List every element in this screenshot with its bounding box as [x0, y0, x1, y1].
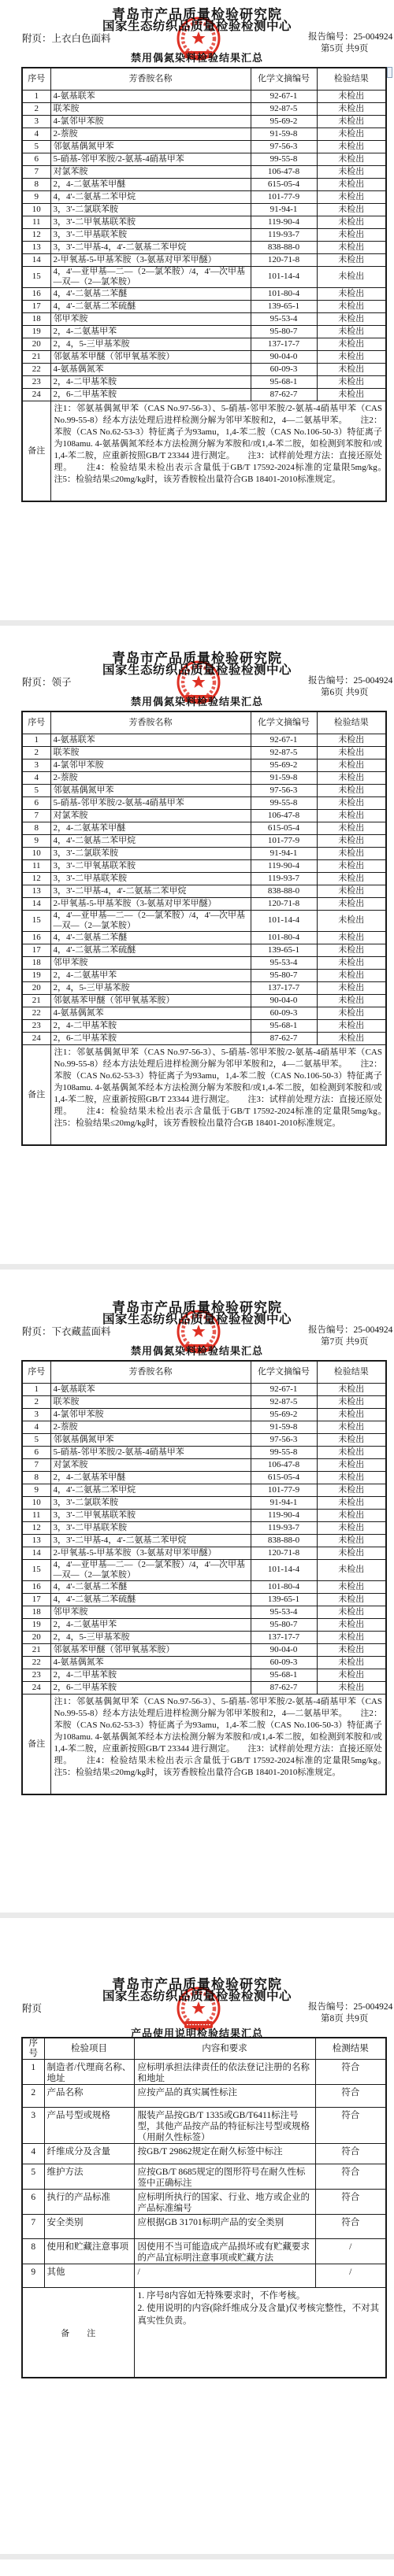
table-cell: 615-05-4: [251, 822, 317, 834]
table-cell: 9: [22, 190, 50, 203]
table-row: 42-萘胺91-59-8未检出: [22, 1421, 386, 1433]
table-cell: 2-甲氧基-5-甲基苯胺（3-氨基对甲苯甲醚）: [50, 253, 251, 266]
results-table: 序号芳香胺名称化学文摘编号检验结果 14-氨基联苯92-67-1未检出2联苯胺9…: [21, 1360, 387, 1795]
table-cell: 未检出: [317, 910, 386, 931]
table-cell: 未检出: [317, 338, 386, 350]
table-cell: 15: [22, 266, 50, 287]
table-cell: 2: [22, 2085, 44, 2108]
table-cell: 101-14-4: [251, 266, 317, 287]
table-cell: 未检出: [317, 350, 386, 363]
table-cell: 3，3'-二甲氧基联苯胺: [50, 1509, 251, 1521]
table-cell: 5-硝基-邻甲苯胺/2-氨基-4硝基甲苯: [50, 796, 251, 809]
table-cell: 10: [22, 847, 50, 859]
table-cell: 101-14-4: [251, 910, 317, 931]
table-cell: 4，4'-二氨基二苯醚: [50, 1580, 251, 1593]
report-number: 报告编号：25-004924: [308, 1323, 392, 1336]
table-cell: 5: [22, 784, 50, 796]
table-cell: 未检出: [317, 1471, 386, 1484]
attachment-line: 附页：领子: [22, 674, 72, 689]
table-cell: 106-47-8: [251, 165, 317, 178]
report-number: 报告编号：25-004924: [308, 674, 392, 686]
table-cell: 2，4-二甲基苯胺: [50, 1019, 251, 1032]
report-page: 青岛市产品质量检验研究院 国家生态纺织品质量检验检测中心 附页：领子 报告编号：…: [0, 626, 394, 1264]
table-cell: 符合: [315, 2190, 386, 2215]
annotation-marker[interactable]: [387, 67, 392, 78]
table-cell: 符合: [315, 2215, 386, 2239]
attachment-label: 附页: [22, 2003, 42, 2014]
table-cell: 4，4'-二氨基二苯甲烷: [50, 1484, 251, 1496]
table-row: 7对氯苯胺106-47-8未检出: [22, 1458, 386, 1471]
table-cell: 22: [22, 363, 50, 375]
table-row: 2联苯胺92-87-5未检出: [22, 102, 386, 115]
table-cell: 4-氯邻甲苯胺: [50, 1408, 251, 1421]
table-cell: 60-09-3: [251, 1007, 317, 1019]
table-row: 94，4'-二氨基二苯甲烷101-77-9未检出: [22, 1484, 386, 1496]
table-cell: 3，3'-二甲基-4，4'-二氨基二苯甲烷: [50, 885, 251, 897]
table-cell: 12: [22, 1521, 50, 1534]
table-cell: 7: [22, 809, 50, 822]
table-cell: 119-93-7: [251, 228, 317, 241]
table-cell: 95-53-4: [251, 312, 317, 325]
table-cell: 未检出: [317, 325, 386, 338]
table-cell: 1: [22, 734, 50, 746]
table-cell: 邻甲苯胺: [50, 1606, 251, 1618]
attachment-label: 附页：: [22, 677, 52, 688]
table-cell: 119-90-4: [251, 859, 317, 872]
table-cell: 未检出: [317, 1383, 386, 1395]
table-cell: 91-59-8: [251, 1421, 317, 1433]
table-cell: 对氯苯胺: [50, 165, 251, 178]
table-cell: 未检出: [317, 1580, 386, 1593]
table-cell: 未检出: [317, 1408, 386, 1421]
table-cell: 未检出: [317, 1421, 386, 1433]
table-cell: 2，4-二氨基甲苯: [50, 1618, 251, 1631]
table-cell: 17: [22, 1593, 50, 1606]
table-cell: 615-05-4: [251, 1471, 317, 1484]
table-cell: 4，4'—亚甲基—二—（2—氯苯胺）/4，4'—次甲基—双—（2—氯苯胺）: [50, 266, 251, 287]
table-cell: 120-71-8: [251, 253, 317, 266]
table-cell: 未检出: [317, 140, 386, 153]
table-cell: 其他: [44, 2264, 134, 2288]
table-row: 7对氯苯胺106-47-8未检出: [22, 809, 386, 822]
table-cell: 产品号型或规格: [44, 2108, 134, 2144]
table-cell: 10: [22, 203, 50, 216]
table-cell: 未检出: [317, 287, 386, 300]
table-row: 224-氨基偶氮苯60-09-3未检出: [22, 363, 386, 375]
table-cell: 4-氨基偶氮苯: [50, 363, 251, 375]
table-row: 133，3'-二甲基-4，4'-二氨基二苯甲烷838-88-0未检出: [22, 241, 386, 253]
table-cell: 未检出: [317, 847, 386, 859]
table-cell: 3: [22, 1408, 50, 1421]
table-cell: 未检出: [317, 1496, 386, 1509]
table-cell: 17: [22, 300, 50, 312]
report-number-value: 25-004924: [354, 1325, 393, 1335]
table-cell: 3，3'-二氯联苯胺: [50, 1496, 251, 1509]
table-cell: 3，3'-二甲基-4，4'-二氨基二苯甲烷: [50, 241, 251, 253]
table-cell: 未检出: [317, 834, 386, 847]
table-row: 18邻甲苯胺95-53-4未检出: [22, 1606, 386, 1618]
table-cell: 符合: [315, 2144, 386, 2164]
table-row: 133，3'-二甲基-4，4'-二氨基二苯甲烷838-88-0未检出: [22, 1534, 386, 1547]
table-cell: 4，4'-二氨基二苯甲烷: [50, 834, 251, 847]
table-cell: 6: [22, 153, 50, 165]
table-cell: 14: [22, 253, 50, 266]
table-cell: 8: [22, 2239, 44, 2264]
table-cell: 联苯胺: [50, 1395, 251, 1408]
table-row: 164，4'-二氨基二苯醚101-80-4未检出: [22, 931, 386, 944]
table-row: 242，6-二甲基苯胺87-62-7未检出: [22, 388, 386, 401]
table-cell: 未检出: [317, 216, 386, 228]
table-cell: 2-萘胺: [50, 128, 251, 140]
table-cell: 137-17-7: [251, 981, 317, 994]
table-cell: 联苯胺: [50, 746, 251, 759]
column-header: 化学文摘编号: [251, 1361, 317, 1383]
table-row: 21邻氨基苯甲醚（邻甲氧基苯胺）90-04-0未检出: [22, 1643, 386, 1656]
table-row: 3产品号型或规格服装产品按GB/T 1335或GB/T6411标注号型，其他产品…: [22, 2108, 386, 2144]
table-cell: 产品名称: [44, 2085, 134, 2108]
table-cell: 符合: [315, 2060, 386, 2085]
table-cell: 未检出: [317, 796, 386, 809]
page-separator: [0, 2554, 394, 2559]
page-separator: [0, 1913, 394, 1918]
table-cell: 91-94-1: [251, 847, 317, 859]
report-number: 报告编号：25-004924: [308, 2000, 392, 2012]
table-cell: 6: [22, 796, 50, 809]
table-cell: 未检出: [317, 822, 386, 834]
table-cell: 4，4'-二氨基二苯甲烷: [50, 190, 251, 203]
table-cell: 13: [22, 1534, 50, 1547]
table-cell: 87-62-7: [251, 1681, 317, 1694]
table-cell: 未检出: [317, 1007, 386, 1019]
column-header: 芳香胺名称: [50, 711, 251, 734]
table-cell: 119-90-4: [251, 1509, 317, 1521]
table-cell: 95-53-4: [251, 956, 317, 969]
table-cell: 21: [22, 1643, 50, 1656]
table-cell: 2-萘胺: [50, 771, 251, 784]
table-row: 65-硝基-邻甲苯胺/2-氨基-4硝基甲苯99-55-8未检出: [22, 796, 386, 809]
table-row: 174，4'-二氨基二苯硫醚139-65-1未检出: [22, 300, 386, 312]
table-row: 5邻氨基偶氮甲苯97-56-3未检出: [22, 1433, 386, 1446]
table-cell: 120-71-8: [251, 897, 317, 910]
report-number-label: 报告编号：: [308, 32, 354, 42]
table-cell: 符合: [315, 2108, 386, 2144]
table-cell: 17: [22, 944, 50, 956]
table-cell: 95-69-2: [251, 759, 317, 771]
table-row: 42-萘胺91-59-8未检出: [22, 128, 386, 140]
table-cell: 未检出: [317, 241, 386, 253]
table-row: 5邻氨基偶氮甲苯97-56-3未检出: [22, 140, 386, 153]
table-row: 192，4-二氨基甲苯95-80-7未检出: [22, 1618, 386, 1631]
table-cell: 8: [22, 1471, 50, 1484]
table-cell: 119-90-4: [251, 216, 317, 228]
table-cell: 20: [22, 338, 50, 350]
attachment-label: 附页：: [22, 33, 52, 44]
table-row: 65-硝基-邻甲苯胺/2-氨基-4硝基甲苯99-55-8未检出: [22, 153, 386, 165]
table-cell: 3，3'-二甲基联苯胺: [50, 872, 251, 885]
table-cell: 12: [22, 228, 50, 241]
table-cell: 未检出: [317, 1509, 386, 1521]
table-cell: 20: [22, 981, 50, 994]
table-cell: 未检出: [317, 1547, 386, 1559]
table-row: 14-氨基联苯92-67-1未检出: [22, 1383, 386, 1395]
table-cell: 4-氨基联苯: [50, 90, 251, 102]
table-cell: 91-94-1: [251, 1496, 317, 1509]
column-header: 芳香胺名称: [50, 68, 251, 90]
table-cell: 7: [22, 165, 50, 178]
column-header: 检验项目: [44, 2038, 134, 2060]
notes-line: 2. 使用说明的内容(除纤维成分及含量)仅考核完整性，不对其真实性负责。: [138, 2302, 383, 2327]
table-cell: 安全类别: [44, 2215, 134, 2239]
table-cell: 1: [22, 2060, 44, 2085]
table-cell: 使用和贮藏注意事项: [44, 2239, 134, 2264]
table-cell: 24: [22, 1681, 50, 1694]
table-cell: 95-80-7: [251, 325, 317, 338]
table-cell: 120-71-8: [251, 1547, 317, 1559]
table-cell: 137-17-7: [251, 1631, 317, 1643]
table-row: 21邻氨基苯甲醚（邻甲氧基苯胺）90-04-0未检出: [22, 350, 386, 363]
table-cell: 未检出: [317, 1618, 386, 1631]
table-cell: 14: [22, 897, 50, 910]
table-row: 34-氯邻甲苯胺95-69-2未检出: [22, 1408, 386, 1421]
table-cell: 未检出: [317, 115, 386, 128]
table-cell: 101-80-4: [251, 287, 317, 300]
table-cell: 未检出: [317, 981, 386, 994]
column-header: 化学文摘编号: [251, 68, 317, 90]
table-cell: 未检出: [317, 203, 386, 216]
notes-text: 注1：邻氨基偶氮甲苯（CAS No.97-56-3）、5-硝基-邻甲苯胺/2-氨…: [50, 1044, 386, 1145]
table-row: 224-氨基偶氮苯60-09-3未检出: [22, 1007, 386, 1019]
table-cell: 4: [22, 128, 50, 140]
notes-label: 备注: [22, 401, 50, 501]
table-cell: 99-55-8: [251, 796, 317, 809]
table-row: 82，4-二氨基苯甲醚615-05-4未检出: [22, 178, 386, 190]
table-cell: 87-62-7: [251, 1032, 317, 1044]
column-header: 检测结果: [315, 2038, 386, 2060]
table-cell: 未检出: [317, 746, 386, 759]
table-row: 103，3'-二氯联苯胺91-94-1未检出: [22, 1496, 386, 1509]
table-cell: 12: [22, 872, 50, 885]
table-cell: 4，4'-二氨基二苯硫醚: [50, 1593, 251, 1606]
report-document: 青岛市产品质量检验研究院 国家生态纺织品质量检验检测中心 附页：上衣白色面料 报…: [0, 0, 394, 2576]
column-header: 芳香胺名称: [50, 1361, 251, 1383]
table-cell: 4，4'-二氨基二苯硫醚: [50, 300, 251, 312]
table-cell: 15: [22, 910, 50, 931]
table-cell: 未检出: [317, 253, 386, 266]
table-cell: 未检出: [317, 771, 386, 784]
table-cell: 对氯苯胺: [50, 1458, 251, 1471]
table-cell: 4: [22, 2144, 44, 2164]
table-header-row: 序号芳香胺名称化学文摘编号检验结果: [22, 68, 386, 90]
table-row: 5邻氨基偶氮甲苯97-56-3未检出: [22, 784, 386, 796]
table-cell: 95-69-2: [251, 115, 317, 128]
table-cell: 未检出: [317, 809, 386, 822]
notes-row: 备注注1：邻氨基偶氮甲苯（CAS No.97-56-3）、5-硝基-邻甲苯胺/2…: [22, 401, 386, 501]
table-row: 42-萘胺91-59-8未检出: [22, 771, 386, 784]
table-cell: 2: [22, 746, 50, 759]
table-cell: 未检出: [317, 859, 386, 872]
table-cell: 邻氨基苯甲醚（邻甲氧基苯胺）: [50, 994, 251, 1007]
table-row: 5维护方法应按GB/T 8685规定的图形符号在耐久性标签中正确标注符合: [22, 2164, 386, 2190]
table-cell: 2: [22, 1395, 50, 1408]
table-cell: 97-56-3: [251, 784, 317, 796]
table-cell: 92-67-1: [251, 90, 317, 102]
table-cell: 19: [22, 325, 50, 338]
table-row: 1制造者/代理商名称、地址应标明承担法律责任的依法登记注册的名称和地址符合: [22, 2060, 386, 2085]
table-cell: 邻氨基苯甲醚（邻甲氧基苯胺）: [50, 1643, 251, 1656]
page-separator: [0, 620, 394, 626]
table-cell: 95-69-2: [251, 1408, 317, 1421]
table-row: 4纤维成分及含量按GB/T 29862规定在耐久标签中标注符合: [22, 2144, 386, 2164]
table-row: 9其他//: [22, 2264, 386, 2288]
sample-name: 领子: [52, 677, 72, 688]
table-row: 123，3'-二甲基联苯胺119-93-7未检出: [22, 1521, 386, 1534]
table-row: 34-氯邻甲苯胺95-69-2未检出: [22, 759, 386, 771]
table-cell: 未检出: [317, 1032, 386, 1044]
table-cell: 13: [22, 241, 50, 253]
table-row: 133，3'-二甲基-4，4'-二氨基二苯甲烷838-88-0未检出: [22, 885, 386, 897]
table-cell: 因使用不当可能造成产品损坏或有贮藏要求的产品宜标明注意事项或贮藏方法: [134, 2239, 315, 2264]
table-cell: 99-55-8: [251, 1446, 317, 1458]
report-number-value: 25-004924: [354, 2002, 393, 2012]
attachment-line: 附页：下衣藏蓝面料: [22, 1324, 111, 1338]
table-cell: 13: [22, 885, 50, 897]
table-cell: 未检出: [317, 1656, 386, 1669]
table-cell: 未检出: [317, 872, 386, 885]
table-cell: 4-氯邻甲苯胺: [50, 759, 251, 771]
table-cell: /: [315, 2239, 386, 2264]
table-cell: 2，4-二氨基甲苯: [50, 969, 251, 981]
attachment-label: 附页：: [22, 1326, 52, 1337]
table-cell: 邻氨基偶氮甲苯: [50, 784, 251, 796]
table-cell: 未检出: [317, 969, 386, 981]
notes-row: 备注注1：邻氨基偶氮甲苯（CAS No.97-56-3）、5-硝基-邻甲苯胺/2…: [22, 1044, 386, 1145]
table-cell: 90-04-0: [251, 1643, 317, 1656]
table-row: 7对氯苯胺106-47-8未检出: [22, 165, 386, 178]
table-cell: 符合: [315, 2085, 386, 2108]
table-cell: 139-65-1: [251, 300, 317, 312]
table-cell: 2，4-二氨基甲苯: [50, 325, 251, 338]
table-cell: 10: [22, 1496, 50, 1509]
table-cell: 邻氨基偶氮甲苯: [50, 140, 251, 153]
table-cell: 3，3'-二甲氧基联苯胺: [50, 859, 251, 872]
table-row: 113，3'-二甲氧基联苯胺119-90-4未检出: [22, 1509, 386, 1521]
table-cell: 838-88-0: [251, 885, 317, 897]
table-cell: 90-04-0: [251, 350, 317, 363]
table-cell: 未检出: [317, 956, 386, 969]
notes-text: 1. 序号8内容如无特殊要求时，不作考核。2. 使用说明的内容(除纤维成分及含量…: [134, 2288, 386, 2378]
report-page: 青岛市产品质量检验研究院 国家生态纺织品质量检验检测中心 附页：上衣白色面料 报…: [0, 0, 394, 620]
table-cell: 未检出: [317, 1019, 386, 1032]
table-cell: 6: [22, 1446, 50, 1458]
notes-label: 备 注: [22, 2288, 134, 2378]
table-cell: 联苯胺: [50, 102, 251, 115]
table-cell: 未检出: [317, 102, 386, 115]
table-cell: 19: [22, 969, 50, 981]
table-cell: 未检出: [317, 190, 386, 203]
attachment-line: 附页：上衣白色面料: [22, 31, 111, 45]
column-header: 化学文摘编号: [251, 711, 317, 734]
table-cell: 应标明所执行的国家、行业、地方或企业的产品标准编号: [134, 2190, 315, 2215]
table-cell: 2-甲氧基-5-甲基苯胺（3-氨基对甲苯甲醚）: [50, 1547, 251, 1559]
table-row: 18邻甲苯胺95-53-4未检出: [22, 312, 386, 325]
table-cell: 4: [22, 1421, 50, 1433]
table-cell: 4，4'—亚甲基—二—（2—氯苯胺）/4，4'—次甲基—双—（2—氯苯胺）: [50, 1559, 251, 1580]
table-cell: 对氯苯胺: [50, 809, 251, 822]
table-cell: 2，4，5-三甲基苯胺: [50, 338, 251, 350]
table-cell: 未检出: [317, 885, 386, 897]
table-cell: 119-93-7: [251, 872, 317, 885]
table-row: 164，4'-二氨基二苯醚101-80-4未检出: [22, 1580, 386, 1593]
table-row: 154，4'—亚甲基—二—（2—氯苯胺）/4，4'—次甲基—双—（2—氯苯胺）1…: [22, 910, 386, 931]
table-cell: 16: [22, 287, 50, 300]
table-cell: 95-80-7: [251, 969, 317, 981]
table-cell: 8: [22, 822, 50, 834]
table-row: 103，3'-二氯联苯胺91-94-1未检出: [22, 847, 386, 859]
table-row: 18邻甲苯胺95-53-4未检出: [22, 956, 386, 969]
table-cell: 95-80-7: [251, 1618, 317, 1631]
table-cell: 95-68-1: [251, 1019, 317, 1032]
table-cell: 60-09-3: [251, 1656, 317, 1669]
table-cell: 139-65-1: [251, 1593, 317, 1606]
table-cell: 90-04-0: [251, 994, 317, 1007]
table-cell: 5: [22, 1433, 50, 1446]
table-cell: 未检出: [317, 734, 386, 746]
table-cell: 23: [22, 1019, 50, 1032]
table-cell: 未检出: [317, 1681, 386, 1694]
table-row: 202，4，5-三甲基苯胺137-17-7未检出: [22, 338, 386, 350]
table-row: 14-氨基联苯92-67-1未检出: [22, 90, 386, 102]
table-cell: 22: [22, 1007, 50, 1019]
page-number: 第8页 共9页: [321, 2012, 368, 2024]
table-cell: 服装产品按GB/T 1335或GB/T6411标注号型，其他产品按产品的特征标注…: [134, 2108, 315, 2144]
table-cell: 5: [22, 140, 50, 153]
table-cell: 符合: [315, 2164, 386, 2190]
report-number-label: 报告编号：: [308, 2002, 354, 2012]
sample-name: 上衣白色面料: [52, 33, 111, 44]
table-cell: 3，3'-二甲基联苯胺: [50, 1521, 251, 1534]
table-cell: 23: [22, 1669, 50, 1681]
table-cell: 9: [22, 1484, 50, 1496]
table-cell: 4，4'-二氨基二苯醚: [50, 931, 251, 944]
table-cell: 未检出: [317, 994, 386, 1007]
notes-row: 备 注1. 序号8内容如无特殊要求时，不作考核。2. 使用说明的内容(除纤维成分…: [22, 2288, 386, 2378]
table-cell: 95-53-4: [251, 1606, 317, 1618]
table-cell: 23: [22, 375, 50, 388]
table-cell: 2，4，5-三甲基苯胺: [50, 981, 251, 994]
table-cell: 4: [22, 771, 50, 784]
report-number-value: 25-004924: [354, 32, 393, 42]
table-cell: 106-47-8: [251, 1458, 317, 1471]
table-cell: 24: [22, 1032, 50, 1044]
table-title: 禁用偶氮染料检验结果汇总: [0, 1343, 394, 1358]
table-row: 6执行的产品标准应标明所执行的国家、行业、地方或企业的产品标准编号符合: [22, 2190, 386, 2215]
table-cell: 22: [22, 1656, 50, 1669]
report-number-label: 报告编号：: [308, 1325, 354, 1335]
table-row: 202，4，5-三甲基苯胺137-17-7未检出: [22, 1631, 386, 1643]
table-cell: 未检出: [317, 1606, 386, 1618]
table-title: 禁用偶氮染料检验结果汇总: [0, 693, 394, 708]
table-cell: 未检出: [317, 1534, 386, 1547]
table-row: 94，4'-二氨基二苯甲烷101-77-9未检出: [22, 834, 386, 847]
notes-line: 1. 序号8内容如无特殊要求时，不作考核。: [138, 2290, 383, 2302]
table-cell: 16: [22, 1580, 50, 1593]
attachment-line: 附页: [22, 2001, 42, 2015]
table-cell: 8: [22, 178, 50, 190]
table-cell: 未检出: [317, 1433, 386, 1446]
table-cell: 未检出: [317, 153, 386, 165]
results-table: 序号检验项目内容和要求检测结果 1制造者/代理商名称、地址应标明承担法律责任的依…: [21, 2037, 387, 2378]
table-cell: 99-55-8: [251, 153, 317, 165]
